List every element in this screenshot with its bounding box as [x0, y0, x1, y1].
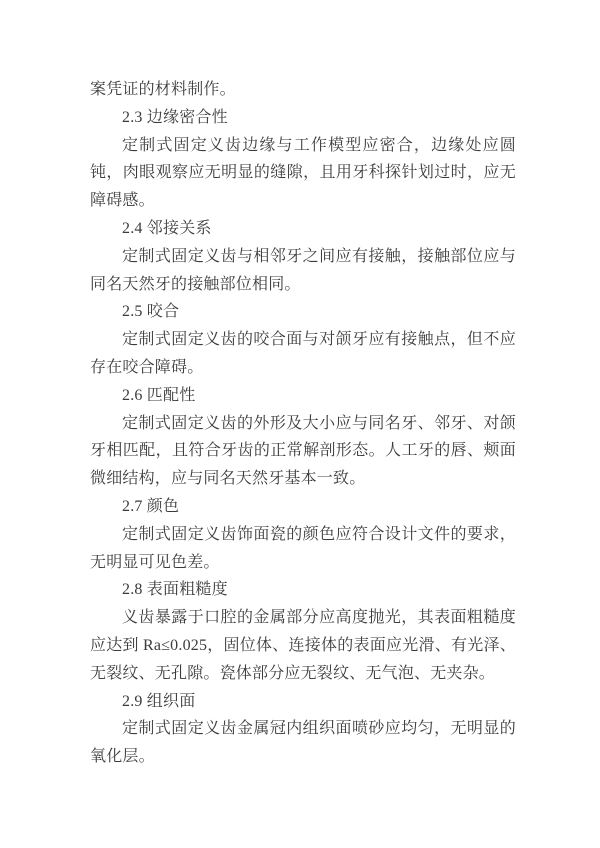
section-body-2-5: 定制式固定义齿的咬合面与对颌牙应有接触点，但不应存在咬合障碍。: [90, 326, 516, 382]
section-body-2-6: 定制式固定义齿的外形及大小应与同名牙、邻牙、对颌牙相匹配，且符合牙齿的正常解剖形…: [90, 410, 516, 493]
section-heading-2-8: 2.8 表面粗糙度: [90, 576, 516, 604]
section-body-2-7: 定制式固定义齿饰面瓷的颜色应符合设计文件的要求，无明显可见色差。: [90, 521, 516, 577]
paragraph-continuation: 案凭证的材料制作。: [90, 76, 516, 104]
section-heading-2-4: 2.4 邻接关系: [90, 215, 516, 243]
section-heading-2-5: 2.5 咬合: [90, 298, 516, 326]
section-body-2-9: 定制式固定义齿金属冠内组织面喷砂应均匀，无明显的氧化层。: [90, 715, 516, 771]
section-body-2-4: 定制式固定义齿与相邻牙之间应有接触，接触部位应与同名天然牙的接触部位相同。: [90, 243, 516, 299]
section-body-2-8: 义齿暴露于口腔的金属部分应高度抛光，其表面粗糙度应达到 Ra≤0.025，固位体…: [90, 604, 516, 687]
section-heading-2-7: 2.7 颜色: [90, 493, 516, 521]
section-heading-2-3: 2.3 边缘密合性: [90, 104, 516, 132]
section-heading-2-9: 2.9 组织面: [90, 688, 516, 716]
section-body-2-3: 定制式固定义齿边缘与工作模型应密合，边缘处应圆钝，肉眼观察应无明显的缝隙，且用牙…: [90, 132, 516, 215]
document-page: 案凭证的材料制作。 2.3 边缘密合性 定制式固定义齿边缘与工作模型应密合，边缘…: [0, 0, 600, 848]
document-body: 案凭证的材料制作。 2.3 边缘密合性 定制式固定义齿边缘与工作模型应密合，边缘…: [0, 0, 600, 771]
section-heading-2-6: 2.6 匹配性: [90, 382, 516, 410]
